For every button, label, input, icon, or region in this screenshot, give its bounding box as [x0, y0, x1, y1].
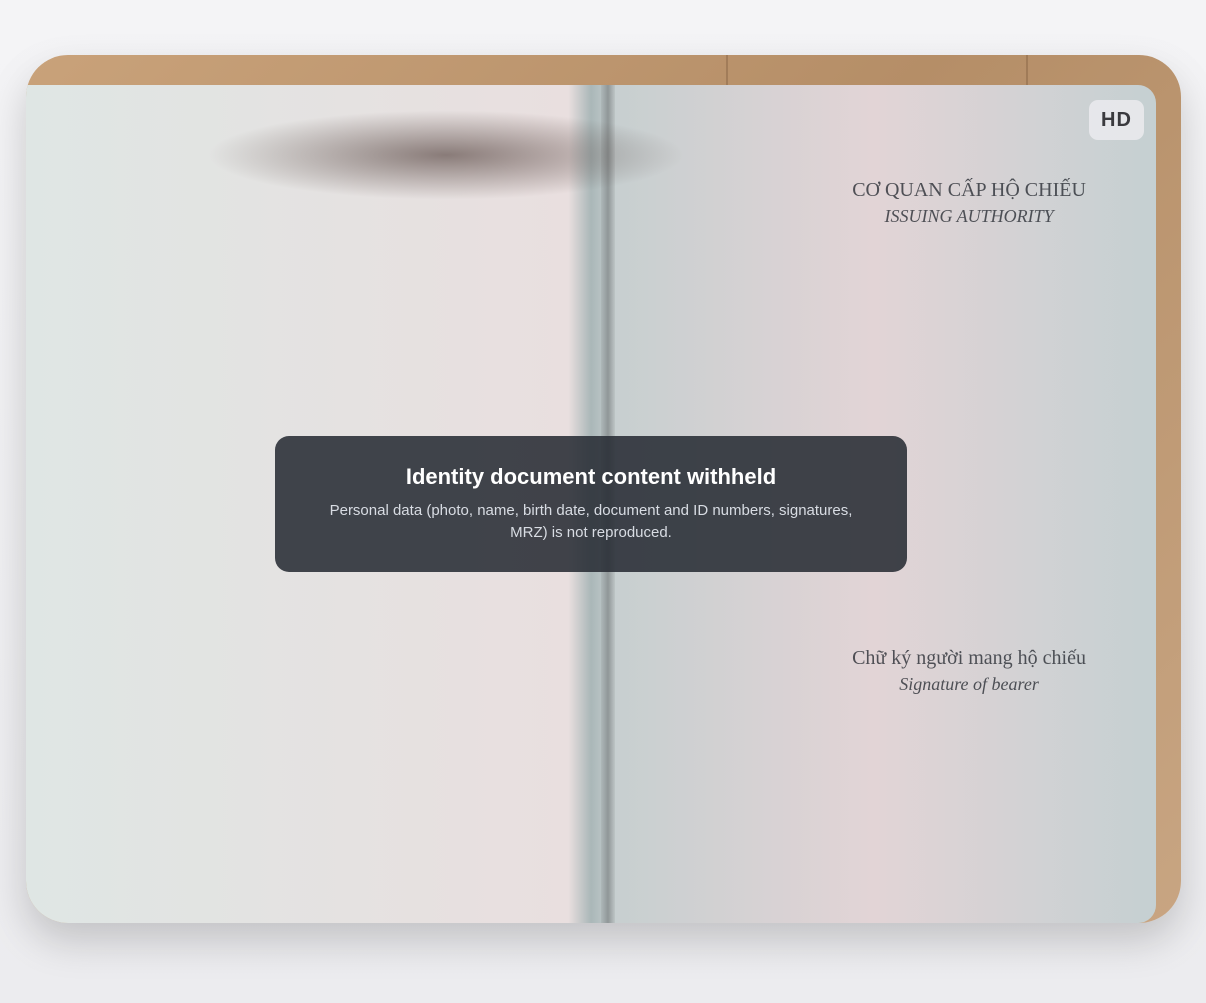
redaction-title: Identity document content withheld: [311, 464, 871, 490]
redaction-notice: Identity document content withheld Perso…: [275, 436, 907, 572]
hand-shadow: [206, 110, 686, 200]
issuing-authority-heading-en: ISSUING AUTHORITY: [852, 206, 1086, 227]
bearer-signature-heading-en: Signature of bearer: [852, 674, 1086, 695]
image-viewer: CƠ QUAN CẤP HỘ CHIẾU ISSUING AUTHORITY C…: [0, 0, 1206, 1003]
bearer-signature-heading-vi: Chữ ký người mang hộ chiếu: [852, 647, 1086, 670]
redaction-note: Personal data (photo, name, birth date, …: [311, 500, 871, 544]
issuing-authority-heading-vi: CƠ QUAN CẤP HỘ CHIẾU: [852, 179, 1086, 202]
photo-card[interactable]: CƠ QUAN CẤP HỘ CHIẾU ISSUING AUTHORITY C…: [26, 55, 1181, 923]
passport-document-redacted: CƠ QUAN CẤP HỘ CHIẾU ISSUING AUTHORITY C…: [26, 85, 1156, 923]
hd-quality-badge[interactable]: HD: [1089, 100, 1144, 140]
